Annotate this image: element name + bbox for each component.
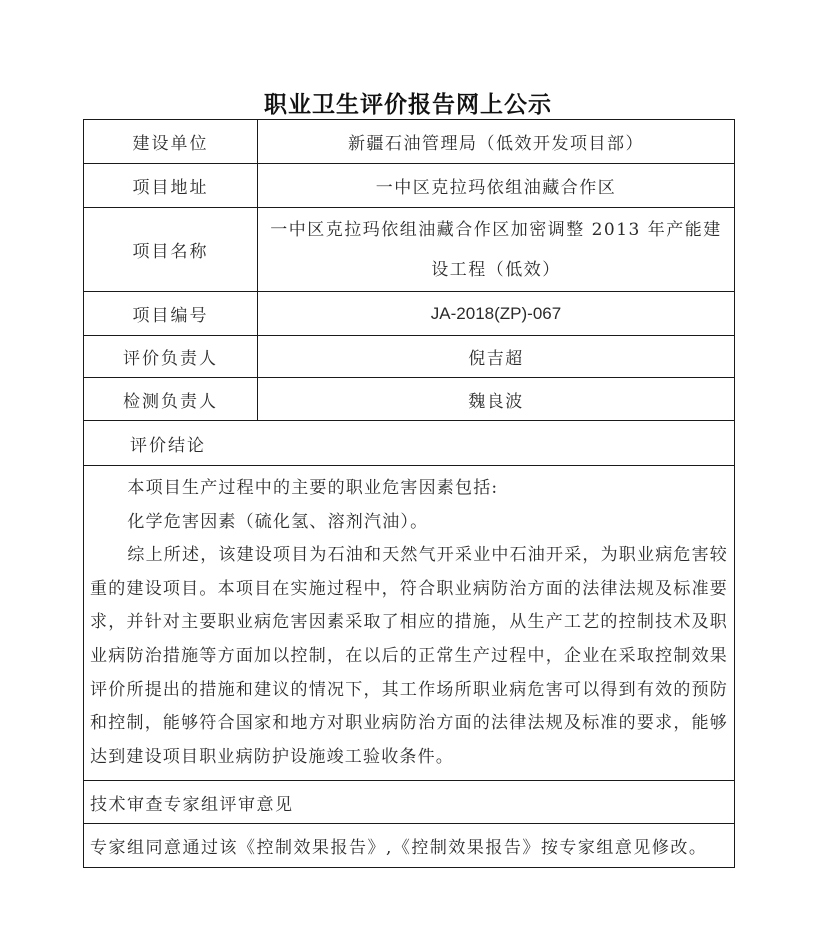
conclusion-paragraph: 综上所述，该建设项目为石油和天然气开采业中石油开采，为职业病危害较重的建设项目。… (90, 539, 728, 774)
row-review-header: 技术审查专家组评审意见 (84, 781, 735, 824)
conclusion-paragraph: 本项目生产过程中的主要的职业危害因素包括: (90, 472, 728, 506)
review-label: 技术审查专家组评审意见 (84, 781, 735, 824)
value-evaluation-lead: 倪吉超 (258, 336, 735, 378)
value-project-name: 一中区克拉玛依组油藏合作区加密调整 2013 年产能建设工程（低效） (258, 208, 735, 292)
value-testing-lead: 魏良波 (258, 378, 735, 421)
label-project-address: 项目地址 (84, 164, 258, 208)
review-text: 专家组同意通过该《控制效果报告》,《控制效果报告》按专家组意见修改。 (84, 824, 735, 868)
row-conclusion-body: 本项目生产过程中的主要的职业危害因素包括: 化学危害因素（硫化氢、溶剂汽油）。 … (84, 466, 735, 781)
row-project-number: 项目编号 JA-2018(ZP)-067 (84, 292, 735, 336)
row-review-body: 专家组同意通过该《控制效果报告》,《控制效果报告》按专家组意见修改。 (84, 824, 735, 868)
value-project-number: JA-2018(ZP)-067 (258, 292, 735, 336)
row-construction-unit: 建设单位 新疆石油管理局（低效开发项目部） (84, 120, 735, 164)
label-project-name: 项目名称 (84, 208, 258, 292)
conclusion-label: 评价结论 (84, 421, 735, 466)
label-project-number: 项目编号 (84, 292, 258, 336)
label-evaluation-lead: 评价负责人 (84, 336, 258, 378)
row-testing-lead: 检测负责人 魏良波 (84, 378, 735, 421)
conclusion-paragraph: 化学危害因素（硫化氢、溶剂汽油）。 (90, 506, 728, 540)
row-project-name: 项目名称 一中区克拉玛依组油藏合作区加密调整 2013 年产能建设工程（低效） (84, 208, 735, 292)
value-construction-unit: 新疆石油管理局（低效开发项目部） (258, 120, 735, 164)
row-conclusion-header: 评价结论 (84, 421, 735, 466)
row-evaluation-lead: 评价负责人 倪吉超 (84, 336, 735, 378)
page-title: 职业卫生评价报告网上公示 (0, 86, 816, 119)
row-project-address: 项目地址 一中区克拉玛依组油藏合作区 (84, 164, 735, 208)
info-table: 建设单位 新疆石油管理局（低效开发项目部） 项目地址 一中区克拉玛依组油藏合作区… (83, 119, 735, 868)
conclusion-body: 本项目生产过程中的主要的职业危害因素包括: 化学危害因素（硫化氢、溶剂汽油）。 … (84, 466, 735, 781)
label-testing-lead: 检测负责人 (84, 378, 258, 421)
value-project-address: 一中区克拉玛依组油藏合作区 (258, 164, 735, 208)
label-construction-unit: 建设单位 (84, 120, 258, 164)
